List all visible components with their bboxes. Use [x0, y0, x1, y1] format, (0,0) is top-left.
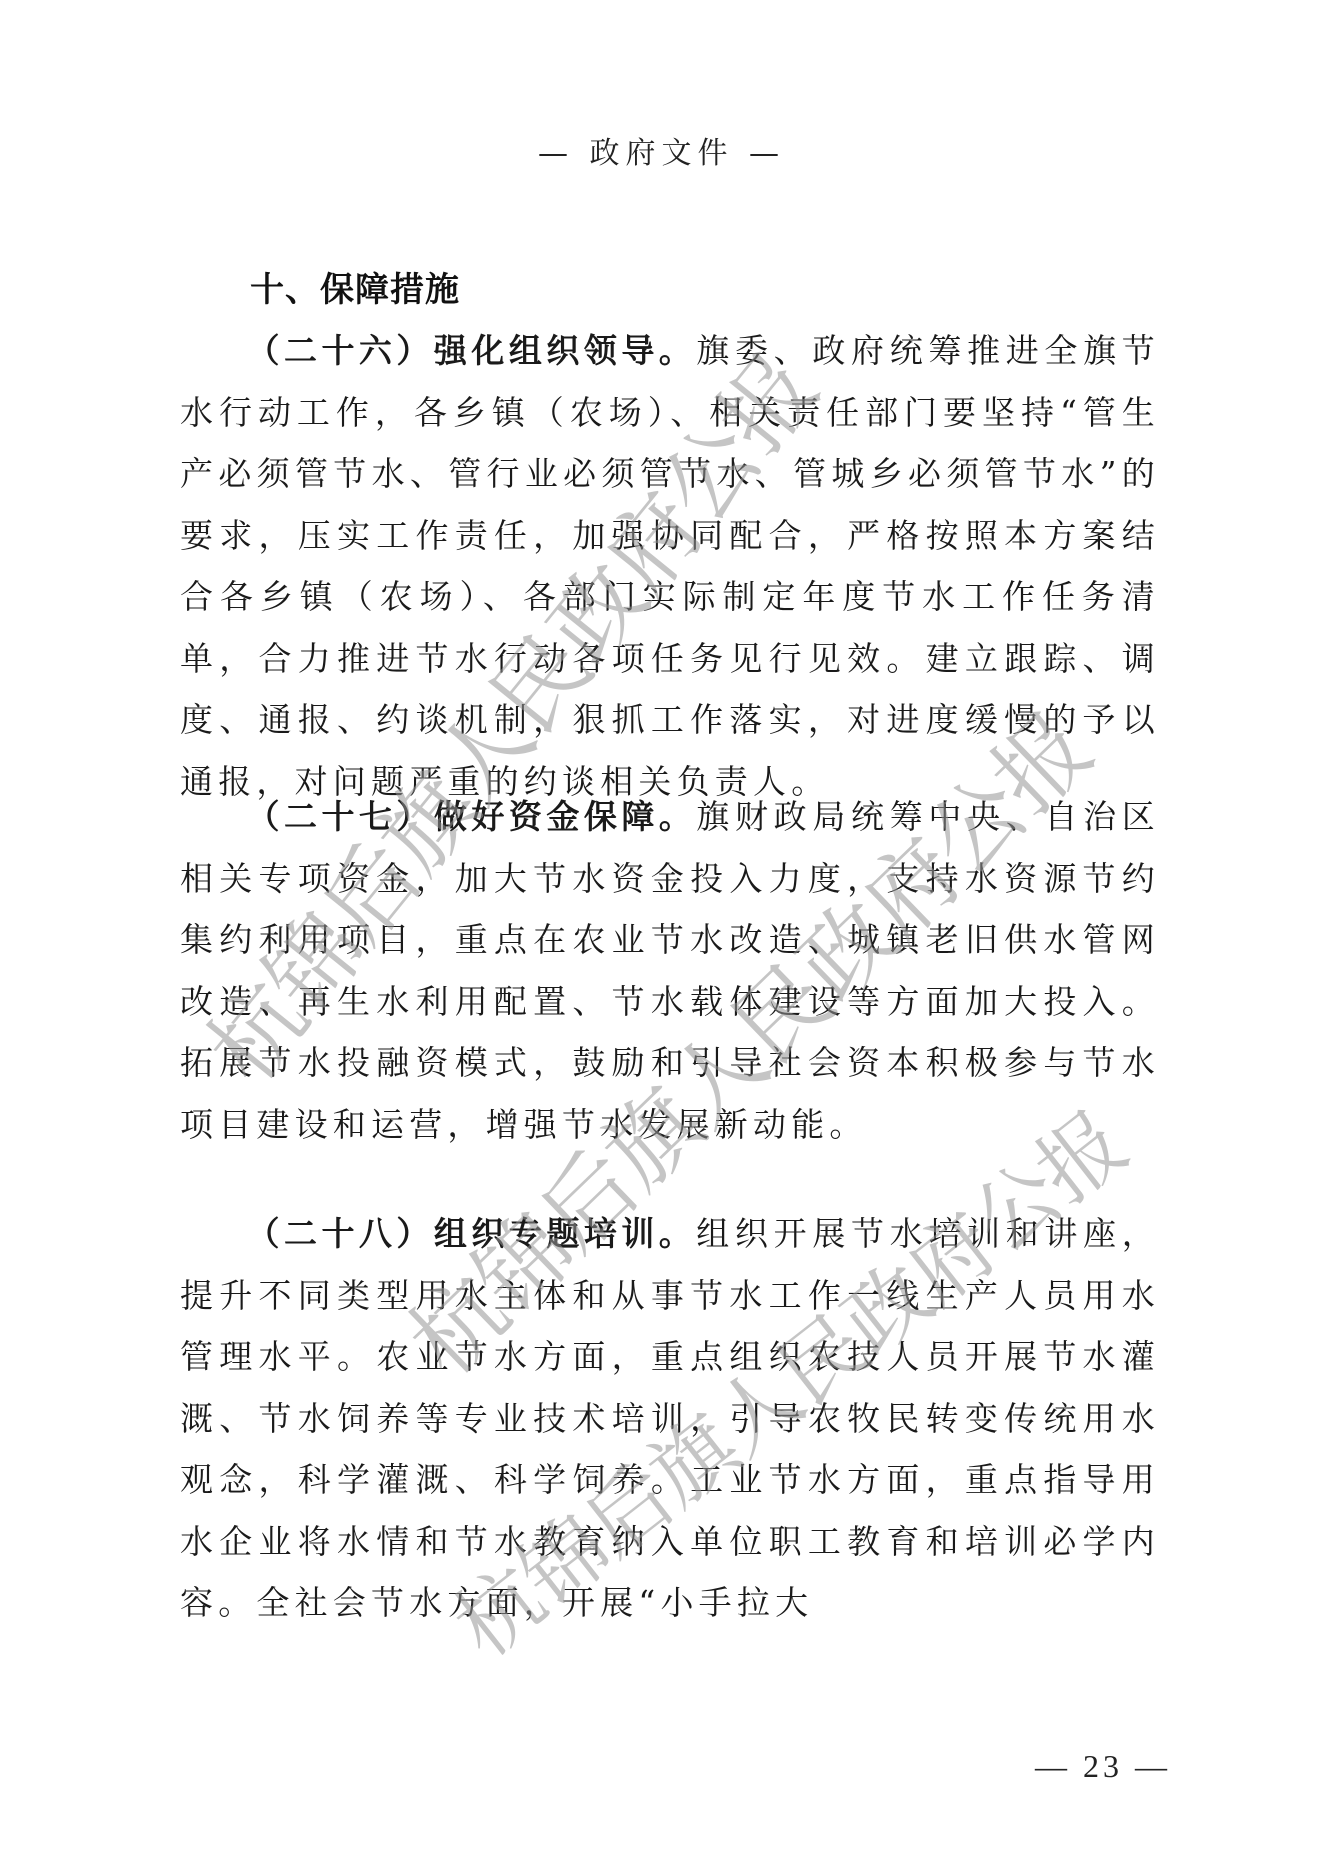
paragraph-26: （二十六）强化组织领导。旗委、政府统筹推进全旗节水行动工作，各乡镇（农场）、相关… — [180, 320, 1160, 812]
section-heading: 十、保障措施 — [250, 262, 460, 311]
paragraph-27: （二十七）做好资金保障。旗财政局统筹中央、自治区相关专项资金，加大节水资金投入力… — [180, 786, 1160, 1155]
paragraph-lead: （二十六）强化组织领导。 — [246, 331, 696, 370]
paragraph-body: 旗财政局统筹中央、自治区相关专项资金，加大节水资金投入力度，支持水资源节约集约利… — [180, 797, 1160, 1144]
paragraph-body: 组织开展节水培训和讲座，提升不同类型用水主体和从事节水工作一线生产人员用水管理水… — [180, 1214, 1160, 1622]
paragraph-body: 旗委、政府统筹推进全旗节水行动工作，各乡镇（农场）、相关责任部门要坚持“管生产必… — [180, 331, 1160, 801]
paragraph-28: （二十八）组织专题培训。组织开展节水培训和讲座，提升不同类型用水主体和从事节水工… — [180, 1203, 1160, 1634]
paragraph-lead: （二十七）做好资金保障。 — [246, 797, 696, 836]
running-header: — 政府文件 — — [0, 128, 1323, 172]
document-page: — 政府文件 — 十、保障措施 （二十六）强化组织领导。旗委、政府统筹推进全旗节… — [0, 0, 1323, 1871]
paragraph-lead: （二十八）组织专题培训。 — [246, 1214, 696, 1253]
page-number: — 23 — — [1035, 1748, 1171, 1785]
